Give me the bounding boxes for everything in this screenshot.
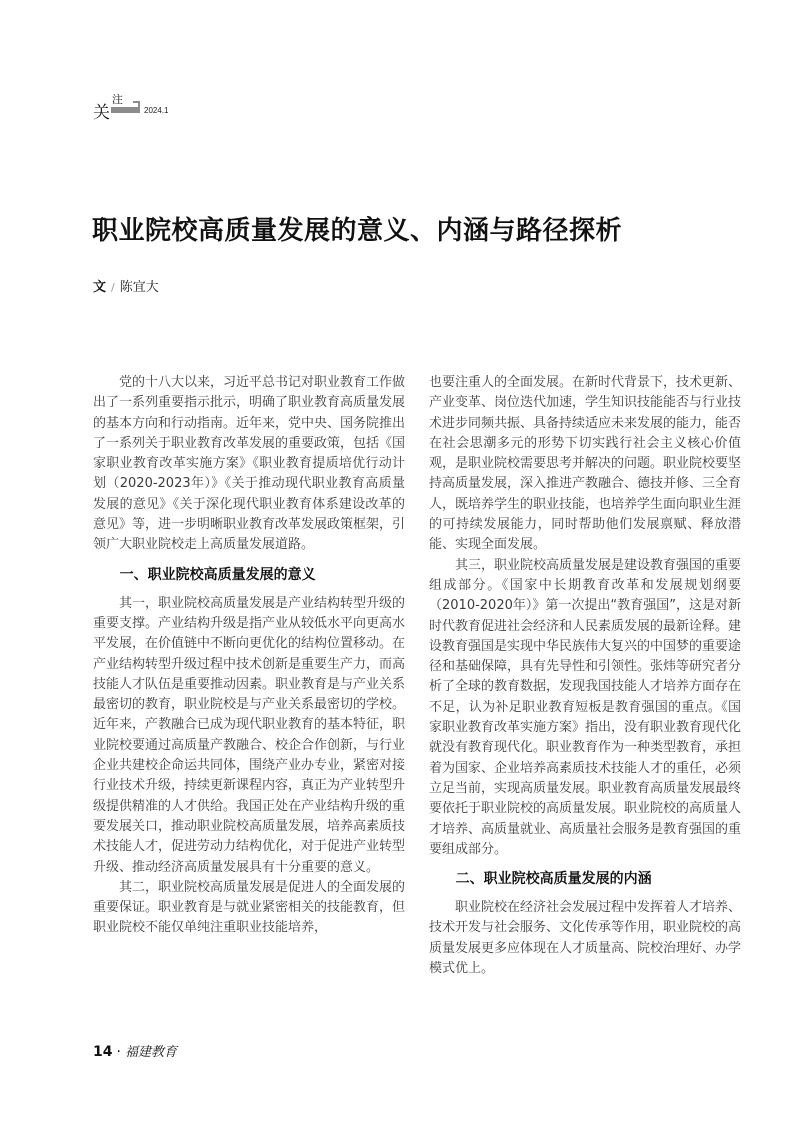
article-title: 职业院校高质量发展的意义、内涵与路径探析 (92, 210, 622, 247)
section-heading-significance: 一、职业院校高质量发展的意义 (93, 565, 405, 585)
byline-separator: / (111, 281, 115, 294)
paragraph-first-point: 其一，职业院校高质量发展是产业结构转型升级的重要支撑。产业结构升级是指产业从较低… (93, 594, 405, 878)
left-column: 党的十八大以来，习近平总书记对职业教育工作做出了一系列重要指示批示，明确了职业教… (93, 373, 405, 939)
intro-paragraph: 党的十八大以来，习近平总书记对职业教育工作做出了一系列重要指示批示，明确了职业教… (93, 373, 405, 556)
section-label-char2: 注 (112, 91, 123, 107)
section-heading-connotation: 二、职业院校高质量发展的内涵 (429, 869, 741, 889)
magazine-name: 福建教育 (125, 1045, 177, 1060)
paragraph-second-point: 其二，职业院校高质量发展是促进人的全面发展的重要保证。职业教育是与就业紧密相关的… (93, 878, 405, 939)
right-column: 也要注重人的全面发展。在新时代背景下，技术更新、产业变革、岗位迭代加速，学生知识… (429, 373, 741, 979)
header-bracket-decoration (133, 101, 140, 113)
section-label-char1: 关 (93, 98, 110, 123)
paragraph-second-point-continued: 也要注重人的全面发展。在新时代背景下，技术更新、产业变革、岗位迭代加速，学生知识… (429, 373, 741, 556)
page-number: 14 (93, 1044, 112, 1060)
author-name: 陈宜大 (120, 280, 159, 295)
paragraph-connotation-intro: 职业院校在经济社会发展过程中发挥着人才培养、技术开发与社会服务、文化传承等作用，… (429, 898, 741, 979)
footer-separator: · (116, 1044, 120, 1060)
page-footer: 14·福建教育 (93, 1041, 177, 1060)
paragraph-third-point: 其三，职业院校高质量发展是建设教育强国的重要组成部分。《国家中长期教育改革和发展… (429, 556, 741, 860)
byline: 文/陈宜大 (93, 276, 159, 295)
byline-label: 文 (93, 280, 106, 295)
issue-date: 2024.1 (144, 106, 168, 115)
